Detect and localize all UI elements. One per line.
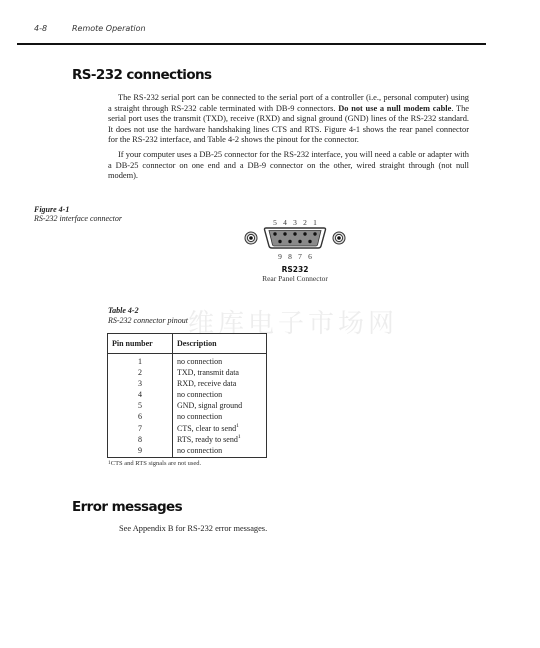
section-title-rs232: RS-232 connections bbox=[72, 67, 211, 83]
svg-text:1: 1 bbox=[313, 218, 317, 227]
table-caption-text: RS-232 connector pinout bbox=[108, 316, 188, 326]
pin-number-cell: 3 bbox=[108, 378, 173, 389]
table-row: 4no connection bbox=[108, 389, 267, 400]
db9-connector-figure: 54321 9876 RS232 Rear Panel Connector bbox=[240, 218, 350, 280]
pin-description-cell: RTS, ready to send1 bbox=[173, 434, 267, 445]
connector-subtitle: Rear Panel Connector bbox=[240, 274, 350, 283]
svg-text:7: 7 bbox=[298, 252, 302, 261]
figure-label: Figure 4-1 bbox=[34, 205, 124, 214]
rs232-paragraph-2: If your computer uses a DB-25 connector … bbox=[108, 150, 469, 182]
pin-number-cell: 7 bbox=[108, 423, 173, 434]
pin-number-cell: 9 bbox=[108, 445, 173, 458]
pin-number-cell: 1 bbox=[108, 354, 173, 368]
rs232-body: The RS-232 serial port can be connected … bbox=[108, 93, 469, 186]
pin-description-cell: RXD, receive data bbox=[173, 378, 267, 389]
table-row: 6no connection bbox=[108, 411, 267, 422]
pin-description-cell: CTS, clear to send1 bbox=[173, 423, 267, 434]
connector-name: RS232 bbox=[240, 265, 350, 274]
svg-text:4: 4 bbox=[283, 218, 287, 227]
table-row: 2TXD, transmit data bbox=[108, 367, 267, 378]
column-header-pin: Pin number bbox=[108, 334, 173, 354]
pin-description-cell: no connection bbox=[173, 411, 267, 422]
column-header-description: Description bbox=[173, 334, 267, 354]
table-caption: Table 4-2 RS-232 connector pinout bbox=[108, 306, 188, 326]
pin-number-cell: 2 bbox=[108, 367, 173, 378]
table-row: 1no connection bbox=[108, 354, 267, 368]
db9-connector-icon: 54321 9876 bbox=[240, 218, 350, 262]
table-footnote: 1CTS and RTS signals are not used. bbox=[108, 460, 201, 467]
header-rule bbox=[17, 43, 486, 45]
running-head: 4-8Remote Operation bbox=[34, 24, 146, 33]
figure-caption-text: RS-232 interface connector bbox=[34, 214, 124, 223]
chapter-title: Remote Operation bbox=[72, 24, 146, 33]
svg-text:6: 6 bbox=[308, 252, 312, 261]
pin-number-cell: 5 bbox=[108, 400, 173, 411]
svg-text:2: 2 bbox=[303, 218, 307, 227]
figure-caption: Figure 4-1 RS-232 interface connector bbox=[34, 205, 124, 223]
errors-body: See Appendix B for RS-232 error messages… bbox=[119, 524, 267, 535]
warning-text: Do not use a null modem cable bbox=[338, 104, 451, 113]
pin-description-cell: no connection bbox=[173, 389, 267, 400]
table-row: 8RTS, ready to send1 bbox=[108, 434, 267, 445]
pin-number-cell: 8 bbox=[108, 434, 173, 445]
rs232-paragraph-1: The RS-232 serial port can be connected … bbox=[108, 93, 469, 146]
table-label: Table 4-2 bbox=[108, 306, 188, 316]
table-row: 7CTS, clear to send1 bbox=[108, 423, 267, 434]
pin-number-cell: 4 bbox=[108, 389, 173, 400]
pin-description-cell: no connection bbox=[173, 445, 267, 458]
page-number: 4-8 bbox=[34, 24, 72, 33]
svg-text:5: 5 bbox=[273, 218, 277, 227]
pinout-table: Pin number Description 1no connection2TX… bbox=[107, 333, 267, 458]
pin-number-cell: 6 bbox=[108, 411, 173, 422]
pin-description-cell: no connection bbox=[173, 354, 267, 368]
pin-description-cell: TXD, transmit data bbox=[173, 367, 267, 378]
svg-text:9: 9 bbox=[278, 252, 282, 261]
table-row: 9no connection bbox=[108, 445, 267, 458]
section-title-errors: Error messages bbox=[72, 499, 182, 515]
svg-text:3: 3 bbox=[293, 218, 297, 227]
pin-description-cell: GND, signal ground bbox=[173, 400, 267, 411]
svg-text:8: 8 bbox=[288, 252, 292, 261]
table-row: 3RXD, receive data bbox=[108, 378, 267, 389]
table-row: 5GND, signal ground bbox=[108, 400, 267, 411]
